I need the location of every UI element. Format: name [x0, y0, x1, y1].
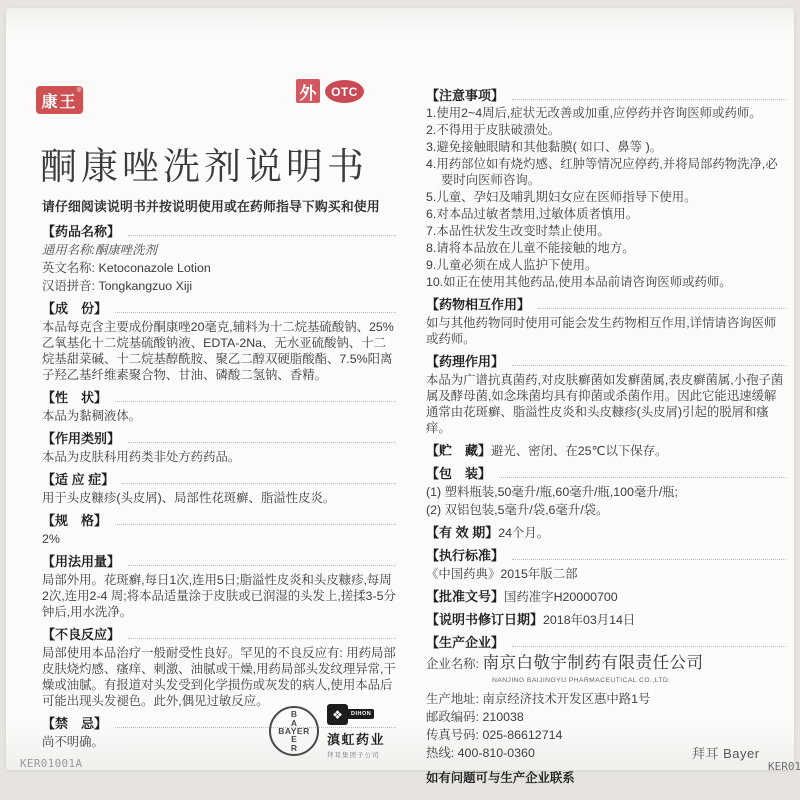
- dotted-leader: [128, 638, 396, 639]
- section-pharmacology-header: 【药理作用】: [426, 354, 788, 370]
- section-dosage: 【用法用量】 局部外用。花斑癣,每日1次,连用5日;脂溢性皮炎和头皮糠疹,每周2…: [42, 554, 398, 620]
- dotted-leader: [115, 401, 396, 402]
- logo-row: B A BAYER E R ❖ DIHON 滇虹药业 拜耳集团子公司: [269, 704, 409, 768]
- dihon-glyph-icon: ❖: [327, 704, 348, 725]
- section-title: 【注意事项】: [426, 88, 504, 104]
- section-packaging: 【包 装】 (1) 塑料瓶装,50毫升/瓶,60毫升/瓶,100毫升/瓶; (2…: [426, 466, 788, 518]
- section-dosage-header: 【用法用量】: [42, 554, 398, 570]
- section-indications: 【适 应 症】 用于头皮糠疹(头皮屑)、局部性花斑癣、脂溢性皮炎。: [42, 472, 398, 506]
- section-strength: 【规 格】 2%: [42, 513, 398, 547]
- page-subtitle: 请仔细阅读说明书并按说明使用或在药师指导下购买和使用: [42, 196, 402, 215]
- dotted-leader: [115, 524, 396, 525]
- dotted-leader: [122, 483, 396, 484]
- registered-mark-icon: ®: [77, 88, 81, 94]
- precaution-item: 3.避免接触眼睛和其他黏膜( 如口、鼻等 )。: [426, 139, 788, 155]
- leaflet-code-right: KER01001A: [768, 760, 800, 773]
- dotted-leader: [128, 235, 396, 236]
- section-revision-date: 【说明书修订日期】2018年03月14日: [426, 612, 788, 628]
- dihon-wordmark: DIHON: [348, 709, 374, 719]
- precaution-item: 4.用药部位如有烧灼感、红肿等情况应停药,并将局部药物洗净,必要时向医师咨询。: [426, 156, 788, 188]
- english-name-line: 英文名称: Ketoconazole Lotion: [42, 260, 398, 276]
- right-column: 【注意事项】 1.使用2~4周后,症状无改善或加重,应停药并咨询医师或药师。 2…: [426, 88, 788, 786]
- section-properties: 【性 状】 本品为黏稠液体。: [42, 390, 398, 424]
- pinyin-line: 汉语拼音: Tongkangzuo Xiji: [42, 278, 398, 294]
- dotted-leader: [512, 99, 786, 100]
- dotted-leader: [512, 365, 786, 366]
- approval-number: 国药准字H20000700: [504, 590, 618, 604]
- left-column: 【药品名称】 通用名称:酮康唑洗剂 英文名称: Ketoconazole Lot…: [42, 224, 398, 750]
- section-standard-body: 《中国药典》2015年版二部: [426, 566, 788, 582]
- precaution-item: 10.如正在使用其他药品,使用本品前请咨询医师或药师。: [426, 274, 788, 290]
- section-strength-header: 【规 格】: [42, 513, 398, 529]
- section-storage-body: 避光、密闭、在25℃以下保存。: [491, 444, 667, 458]
- dotted-leader: [499, 477, 786, 478]
- manufacturer-postcode: 邮政编码: 210038: [426, 709, 788, 725]
- section-precautions-header: 【注意事项】: [426, 88, 788, 104]
- revision-date: 2018年03月14日: [543, 613, 635, 627]
- contact-note: 如有问题可与生产企业联系: [426, 770, 788, 786]
- brand-logo-kangwang: 康王 ®: [36, 86, 83, 114]
- leaflet-code-left: KER01001A: [20, 757, 82, 770]
- manufacturer-name: 南京白敬宇制药有限责任公司: [482, 654, 703, 672]
- dihon-chinese-name: 滇虹药业: [327, 729, 409, 748]
- section-packaging-header: 【包 装】: [426, 466, 788, 482]
- dihon-subsidiary-note: 拜耳集团子公司: [327, 750, 409, 759]
- generic-name-line: 通用名称:酮康唑洗剂: [42, 242, 398, 258]
- section-title: 【药理作用】: [426, 354, 504, 370]
- brand-logo-text: 康王: [41, 89, 77, 112]
- section-title: 【成 份】: [42, 301, 107, 317]
- section-title: 【执行标准】: [426, 548, 504, 564]
- dotted-leader: [538, 308, 786, 309]
- section-drug-name-header: 【药品名称】: [42, 224, 398, 240]
- section-title: 【性 状】: [42, 390, 107, 406]
- bayer-letter: E: [271, 735, 317, 743]
- dotted-leader: [128, 565, 396, 566]
- section-title: 【生产企业】: [426, 635, 504, 651]
- section-interactions-header: 【药物相互作用】: [426, 297, 788, 313]
- precaution-item: 5.儿童、孕妇及哺乳期妇女应在医师指导下使用。: [426, 189, 788, 205]
- section-properties-body: 本品为黏稠液体。: [42, 408, 398, 424]
- section-title: 【包 装】: [426, 466, 491, 482]
- packaging-line-2: (2) 双铝包装,5毫升/袋,6毫升/袋。: [426, 502, 788, 518]
- section-title: 【用法用量】: [42, 554, 120, 570]
- section-title: 【适 应 症】: [42, 472, 114, 488]
- section-dosage-body: 局部外用。花斑癣,每日1次,连用5日;脂溢性皮炎和头皮糠疹,每周2次,连用2-4…: [42, 572, 398, 620]
- section-drug-name: 【药品名称】 通用名称:酮康唑洗剂 英文名称: Ketoconazole Lot…: [42, 224, 398, 294]
- section-title: 【不良反应】: [42, 627, 120, 643]
- section-storage: 【贮 藏】避光、密闭、在25℃以下保存。: [426, 443, 788, 459]
- section-indications-header: 【适 应 症】: [42, 472, 398, 488]
- section-ingredients-body: 本品每克含主要成份酮康唑20毫克,辅料为十二烷基硫酸钠、25%乙氧基化十二烷基硫…: [42, 319, 398, 383]
- dotted-leader: [512, 646, 786, 647]
- section-standard-header: 【执行标准】: [426, 548, 788, 564]
- section-adverse-reactions: 【不良反应】 局部使用本品治疗一般耐受性良好。罕见的不良反应有: 用药局部皮肤烧…: [42, 627, 398, 709]
- section-title: 【作用类别】: [42, 431, 120, 447]
- section-title: 【有 效 期】: [426, 525, 498, 540]
- precaution-item: 9.儿童必须在成人监护下使用。: [426, 257, 788, 273]
- section-adverse-body: 局部使用本品治疗一般耐受性良好。罕见的不良反应有: 用药局部皮肤烧灼感、瘙痒、刺…: [42, 645, 398, 709]
- section-indications-body: 用于头皮糠疹(头皮屑)、局部性花斑癣、脂溢性皮炎。: [42, 490, 398, 506]
- section-adverse-header: 【不良反应】: [42, 627, 398, 643]
- section-approval-number: 【批准文号】国药准字H20000700: [426, 589, 788, 605]
- precaution-item: 7.本品性状发生改变时禁止使用。: [426, 223, 788, 239]
- section-pharmacology: 【药理作用】 本品为广谱抗真菌药,对皮肤癣菌如发癣菌属,表皮癣菌属,小孢子菌属及…: [426, 354, 788, 436]
- section-title: 【药品名称】: [42, 224, 120, 240]
- precaution-item: 8.请将本品放在儿童不能接触的地方。: [426, 240, 788, 256]
- section-interactions-body: 如与其他药物同时使用可能会发生药物相互作用,详情请咨询医师或药师。: [426, 315, 788, 347]
- section-title: 【贮 藏】: [426, 443, 491, 458]
- section-title: 【禁 忌】: [42, 716, 107, 732]
- section-validity-body: 24个月。: [498, 526, 549, 540]
- section-ingredients: 【成 份】 本品每克含主要成份酮康唑20毫克,辅料为十二烷基硫酸钠、25%乙氧基…: [42, 301, 398, 383]
- dihon-logo-icon: ❖ DIHON: [327, 704, 409, 725]
- page-title: 酮康唑洗剂说明书: [40, 136, 410, 190]
- bayer-letter: R: [271, 744, 317, 752]
- section-manufacturer-header: 【生产企业】: [426, 635, 788, 651]
- manufacturer-address: 生产地址: 南京经济技术开发区惠中路1号: [426, 691, 788, 707]
- section-title: 【批准文号】: [426, 589, 504, 604]
- section-validity: 【有 效 期】24个月。: [426, 525, 788, 541]
- section-title: 【规 格】: [42, 513, 107, 529]
- section-ingredients-header: 【成 份】: [42, 301, 398, 317]
- dotted-leader: [128, 442, 396, 443]
- section-pharmacology-body: 本品为广谱抗真菌药,对皮肤癣菌如发癣菌属,表皮癣菌属,小孢子菌属及酵母菌,如念珠…: [426, 372, 788, 436]
- section-strength-body: 2%: [42, 531, 398, 547]
- section-interactions: 【药物相互作用】 如与其他药物同时使用可能会发生药物相互作用,详情请咨询医师或药…: [426, 297, 788, 347]
- packaging-line-1: (1) 塑料瓶装,50毫升/瓶,60毫升/瓶,100毫升/瓶;: [426, 484, 788, 500]
- section-category-body: 本品为皮肤科用药类非处方药药品。: [42, 449, 398, 465]
- manufacturer-name-row: 企业名称: 南京白敬宇制药有限责任公司: [426, 655, 788, 672]
- precaution-item: 2.不得用于皮肤破溃处。: [426, 122, 788, 138]
- precaution-item: 6.对本品过敏者禁用,过敏体质者慎用。: [426, 206, 788, 222]
- manufacturer-fax: 传真号码: 025-86612714: [426, 727, 788, 743]
- bayer-cross-logo-icon: B A BAYER E R: [269, 706, 319, 756]
- otc-badge: OTC: [325, 80, 364, 103]
- manufacturer-name-english: NANJING BAIJINGYU PHARMACEUTICAL CO.,LTD…: [492, 673, 788, 689]
- section-category: 【作用类别】 本品为皮肤科用药类非处方药药品。: [42, 431, 398, 465]
- section-precautions: 【注意事项】 1.使用2~4周后,症状无改善或加重,应停药并咨询医师或药师。 2…: [426, 88, 788, 290]
- section-standard: 【执行标准】 《中国药典》2015年版二部: [426, 548, 788, 582]
- dotted-leader: [512, 559, 786, 560]
- section-properties-header: 【性 状】: [42, 390, 398, 406]
- manufacturer-name-label: 企业名称:: [426, 657, 482, 671]
- precaution-item: 1.使用2~4周后,症状无改善或加重,应停药并咨询医师或药师。: [426, 105, 788, 121]
- section-title: 【药物相互作用】: [426, 297, 530, 313]
- section-category-header: 【作用类别】: [42, 431, 398, 447]
- leaflet-sheet: 康王 ® 外 OTC 酮康唑洗剂说明书 请仔细阅读说明书并按说明使用或在药师指导…: [6, 8, 794, 770]
- section-title: 【说明书修订日期】: [426, 612, 543, 627]
- external-use-mark: 外: [296, 79, 320, 103]
- bayer-letter: B: [271, 710, 317, 718]
- dotted-leader: [115, 312, 396, 313]
- dihon-logo: ❖ DIHON 滇虹药业 拜耳集团子公司: [327, 704, 409, 759]
- bayer-footer-note: 拜耳 Bayer: [692, 743, 760, 762]
